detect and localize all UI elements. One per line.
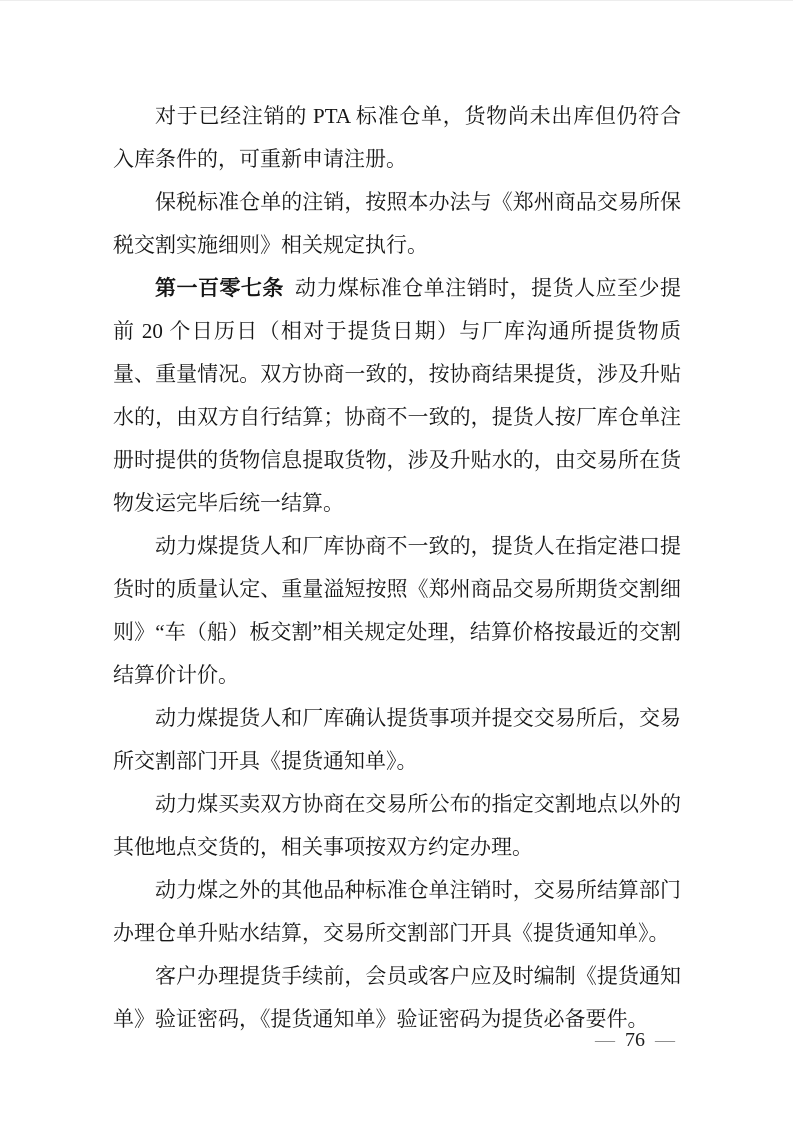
paragraph-text: 动力煤提货人和厂库协商不一致的，提货人在指定港口提货时的质量认定、重量溢短按照《… bbox=[113, 534, 681, 687]
paragraph: 动力煤提货人和厂库协商不一致的，提货人在指定港口提货时的质量认定、重量溢短按照《… bbox=[113, 525, 681, 697]
paragraph: 对于已经注销的 PTA 标准仓单，货物尚未出库但仍符合入库条件的，可重新申请注册… bbox=[113, 95, 681, 181]
paragraph-article-107: 第一百零七条动力煤标准仓单注销时，提货人应至少提前 20 个日历日（相对于提货日… bbox=[113, 267, 681, 525]
document-body: 对于已经注销的 PTA 标准仓单，货物尚未出库但仍符合入库条件的，可重新申请注册… bbox=[113, 95, 681, 1041]
paragraph-text: 客户办理提货手续前，会员或客户应及时编制《提货通知单》验证密码，《提货通知单》验… bbox=[113, 964, 681, 1031]
paragraph: 动力煤提货人和厂库确认提货事项并提交交易所后，交易所交割部门开具《提货通知单》。 bbox=[113, 697, 681, 783]
paragraph-text: 动力煤提货人和厂库确认提货事项并提交交易所后，交易所交割部门开具《提货通知单》。 bbox=[113, 706, 681, 773]
footer-dash-right: — bbox=[655, 1025, 675, 1055]
page-number: 76 bbox=[625, 1025, 645, 1055]
document-page: 对于已经注销的 PTA 标准仓单，货物尚未出库但仍符合入库条件的，可重新申请注册… bbox=[0, 0, 793, 1122]
paragraph-text: 对于已经注销的 PTA 标准仓单，货物尚未出库但仍符合入库条件的，可重新申请注册… bbox=[113, 104, 681, 171]
paragraph-text: 动力煤之外的其他品种标准仓单注销时，交易所结算部门办理仓单升贴水结算，交易所交割… bbox=[113, 878, 681, 945]
footer-dash-left: — bbox=[595, 1025, 615, 1055]
paragraph-text: 动力煤买卖双方协商在交易所公布的指定交割地点以外的其他地点交货的，相关事项按双方… bbox=[113, 792, 681, 859]
paragraph-text: 动力煤标准仓单注销时，提货人应至少提前 20 个日历日（相对于提货日期）与厂库沟… bbox=[113, 276, 681, 515]
paragraph: 动力煤买卖双方协商在交易所公布的指定交割地点以外的其他地点交货的，相关事项按双方… bbox=[113, 783, 681, 869]
paragraph: 动力煤之外的其他品种标准仓单注销时，交易所结算部门办理仓单升贴水结算，交易所交割… bbox=[113, 869, 681, 955]
paragraph-text: 保税标准仓单的注销，按照本办法与《郑州商品交易所保税交割实施细则》相关规定执行。 bbox=[113, 190, 681, 257]
paragraph: 保税标准仓单的注销，按照本办法与《郑州商品交易所保税交割实施细则》相关规定执行。 bbox=[113, 181, 681, 267]
page-footer: — 76 — bbox=[595, 1025, 675, 1055]
article-number: 第一百零七条 bbox=[155, 277, 284, 300]
